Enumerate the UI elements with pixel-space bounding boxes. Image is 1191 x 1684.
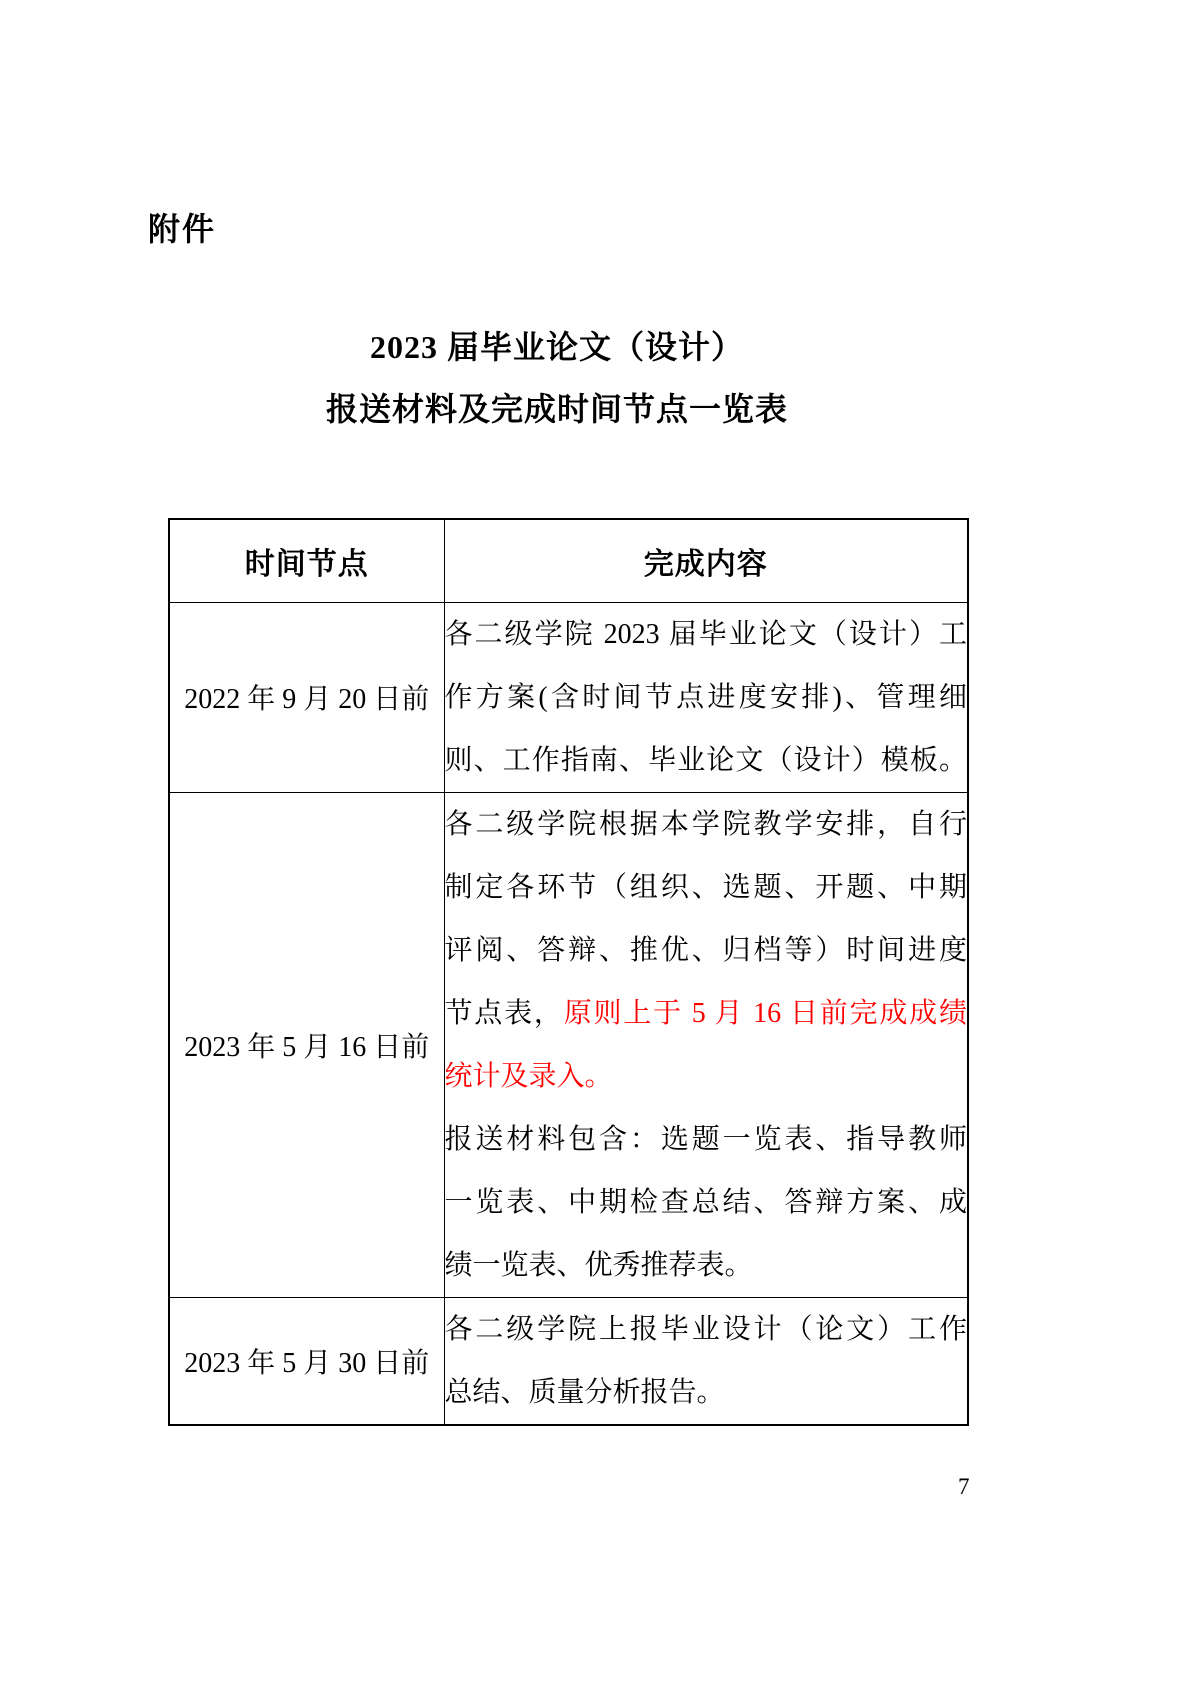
body-text: 作方案(含时间节点进度安排)、管理细	[445, 682, 968, 713]
body-text: 各二级学院上报毕业设计（论文）工作	[445, 1314, 968, 1345]
content-line: 各二级学院 2023 届毕业论文（设计）工	[445, 603, 968, 666]
completion-content-cell: 各二级学院 2023 届毕业论文（设计）工作方案(含时间节点进度安排)、管理细则…	[444, 602, 968, 792]
content-line: 节点表，原则上于 5 月 16 日前完成成绩	[445, 982, 968, 1045]
content-line: 作方案(含时间节点进度安排)、管理细	[445, 666, 968, 729]
content-line: 各二级学院根据本学院教学安排，自行	[445, 793, 968, 856]
table-header-row: 时间节点 完成内容	[169, 519, 968, 602]
body-text: 则、工作指南、毕业论文（设计）模板。	[445, 745, 968, 776]
content-line: 统计及录入。	[445, 1045, 968, 1108]
body-text: 绩一览表、优秀推荐表。	[445, 1250, 753, 1281]
header-time-node: 时间节点	[169, 519, 444, 602]
content-line: 各二级学院上报毕业设计（论文）工作	[445, 1298, 968, 1361]
body-text: 报送材料包含：选题一览表、指导教师	[445, 1124, 968, 1155]
time-node-cell: 2022 年 9 月 20 日前	[169, 602, 444, 792]
attachment-label: 附件	[148, 204, 216, 250]
body-text: 总结、质量分析报告。	[445, 1377, 725, 1408]
table-row: 2023 年 5 月 16 日前各二级学院根据本学院教学安排，自行制定各环节（组…	[169, 792, 968, 1297]
schedule-table: 时间节点 完成内容 2022 年 9 月 20 日前各二级学院 2023 届毕业…	[168, 518, 969, 1426]
header-completion-content: 完成内容	[444, 519, 968, 602]
schedule-table-body: 2022 年 9 月 20 日前各二级学院 2023 届毕业论文（设计）工作方案…	[169, 602, 968, 1425]
highlighted-text: 原则上于 5 月 16 日前完成成绩	[564, 998, 967, 1029]
highlighted-text: 统计及录入。	[445, 1061, 613, 1092]
content-line: 绩一览表、优秀推荐表。	[445, 1234, 968, 1297]
body-text: 制定各环节（组织、选题、开题、中期	[445, 872, 968, 903]
time-node-cell: 2023 年 5 月 16 日前	[169, 792, 444, 1297]
body-text: 各二级学院 2023 届毕业论文（设计）工	[445, 619, 968, 650]
table-row: 2022 年 9 月 20 日前各二级学院 2023 届毕业论文（设计）工作方案…	[169, 602, 968, 792]
completion-content-cell: 各二级学院上报毕业设计（论文）工作总结、质量分析报告。	[444, 1297, 968, 1425]
table-row: 2023 年 5 月 30 日前各二级学院上报毕业设计（论文）工作总结、质量分析…	[169, 1297, 968, 1425]
body-text: 评阅、答辩、推优、归档等）时间进度	[445, 935, 968, 966]
document-title-line2: 报送材料及完成时间节点一览表	[148, 384, 966, 430]
page-number: 7	[958, 1474, 970, 1500]
content-line: 评阅、答辩、推优、归档等）时间进度	[445, 919, 968, 982]
content-line: 报送材料包含：选题一览表、指导教师	[445, 1108, 968, 1171]
content-line: 一览表、中期检查总结、答辩方案、成	[445, 1171, 968, 1234]
content-line: 制定各环节（组织、选题、开题、中期	[445, 856, 968, 919]
document-title-line1: 2023 届毕业论文（设计）	[148, 322, 966, 368]
content-line: 则、工作指南、毕业论文（设计）模板。	[445, 729, 968, 792]
body-text: 节点表，	[445, 998, 564, 1029]
body-text: 各二级学院根据本学院教学安排，自行	[445, 809, 968, 840]
completion-content-cell: 各二级学院根据本学院教学安排，自行制定各环节（组织、选题、开题、中期评阅、答辩、…	[444, 792, 968, 1297]
document-page: { "page": { "attachment_label": "附件", "t…	[0, 0, 1191, 1684]
body-text: 一览表、中期检查总结、答辩方案、成	[445, 1187, 968, 1218]
content-line: 总结、质量分析报告。	[445, 1361, 968, 1424]
time-node-cell: 2023 年 5 月 30 日前	[169, 1297, 444, 1425]
